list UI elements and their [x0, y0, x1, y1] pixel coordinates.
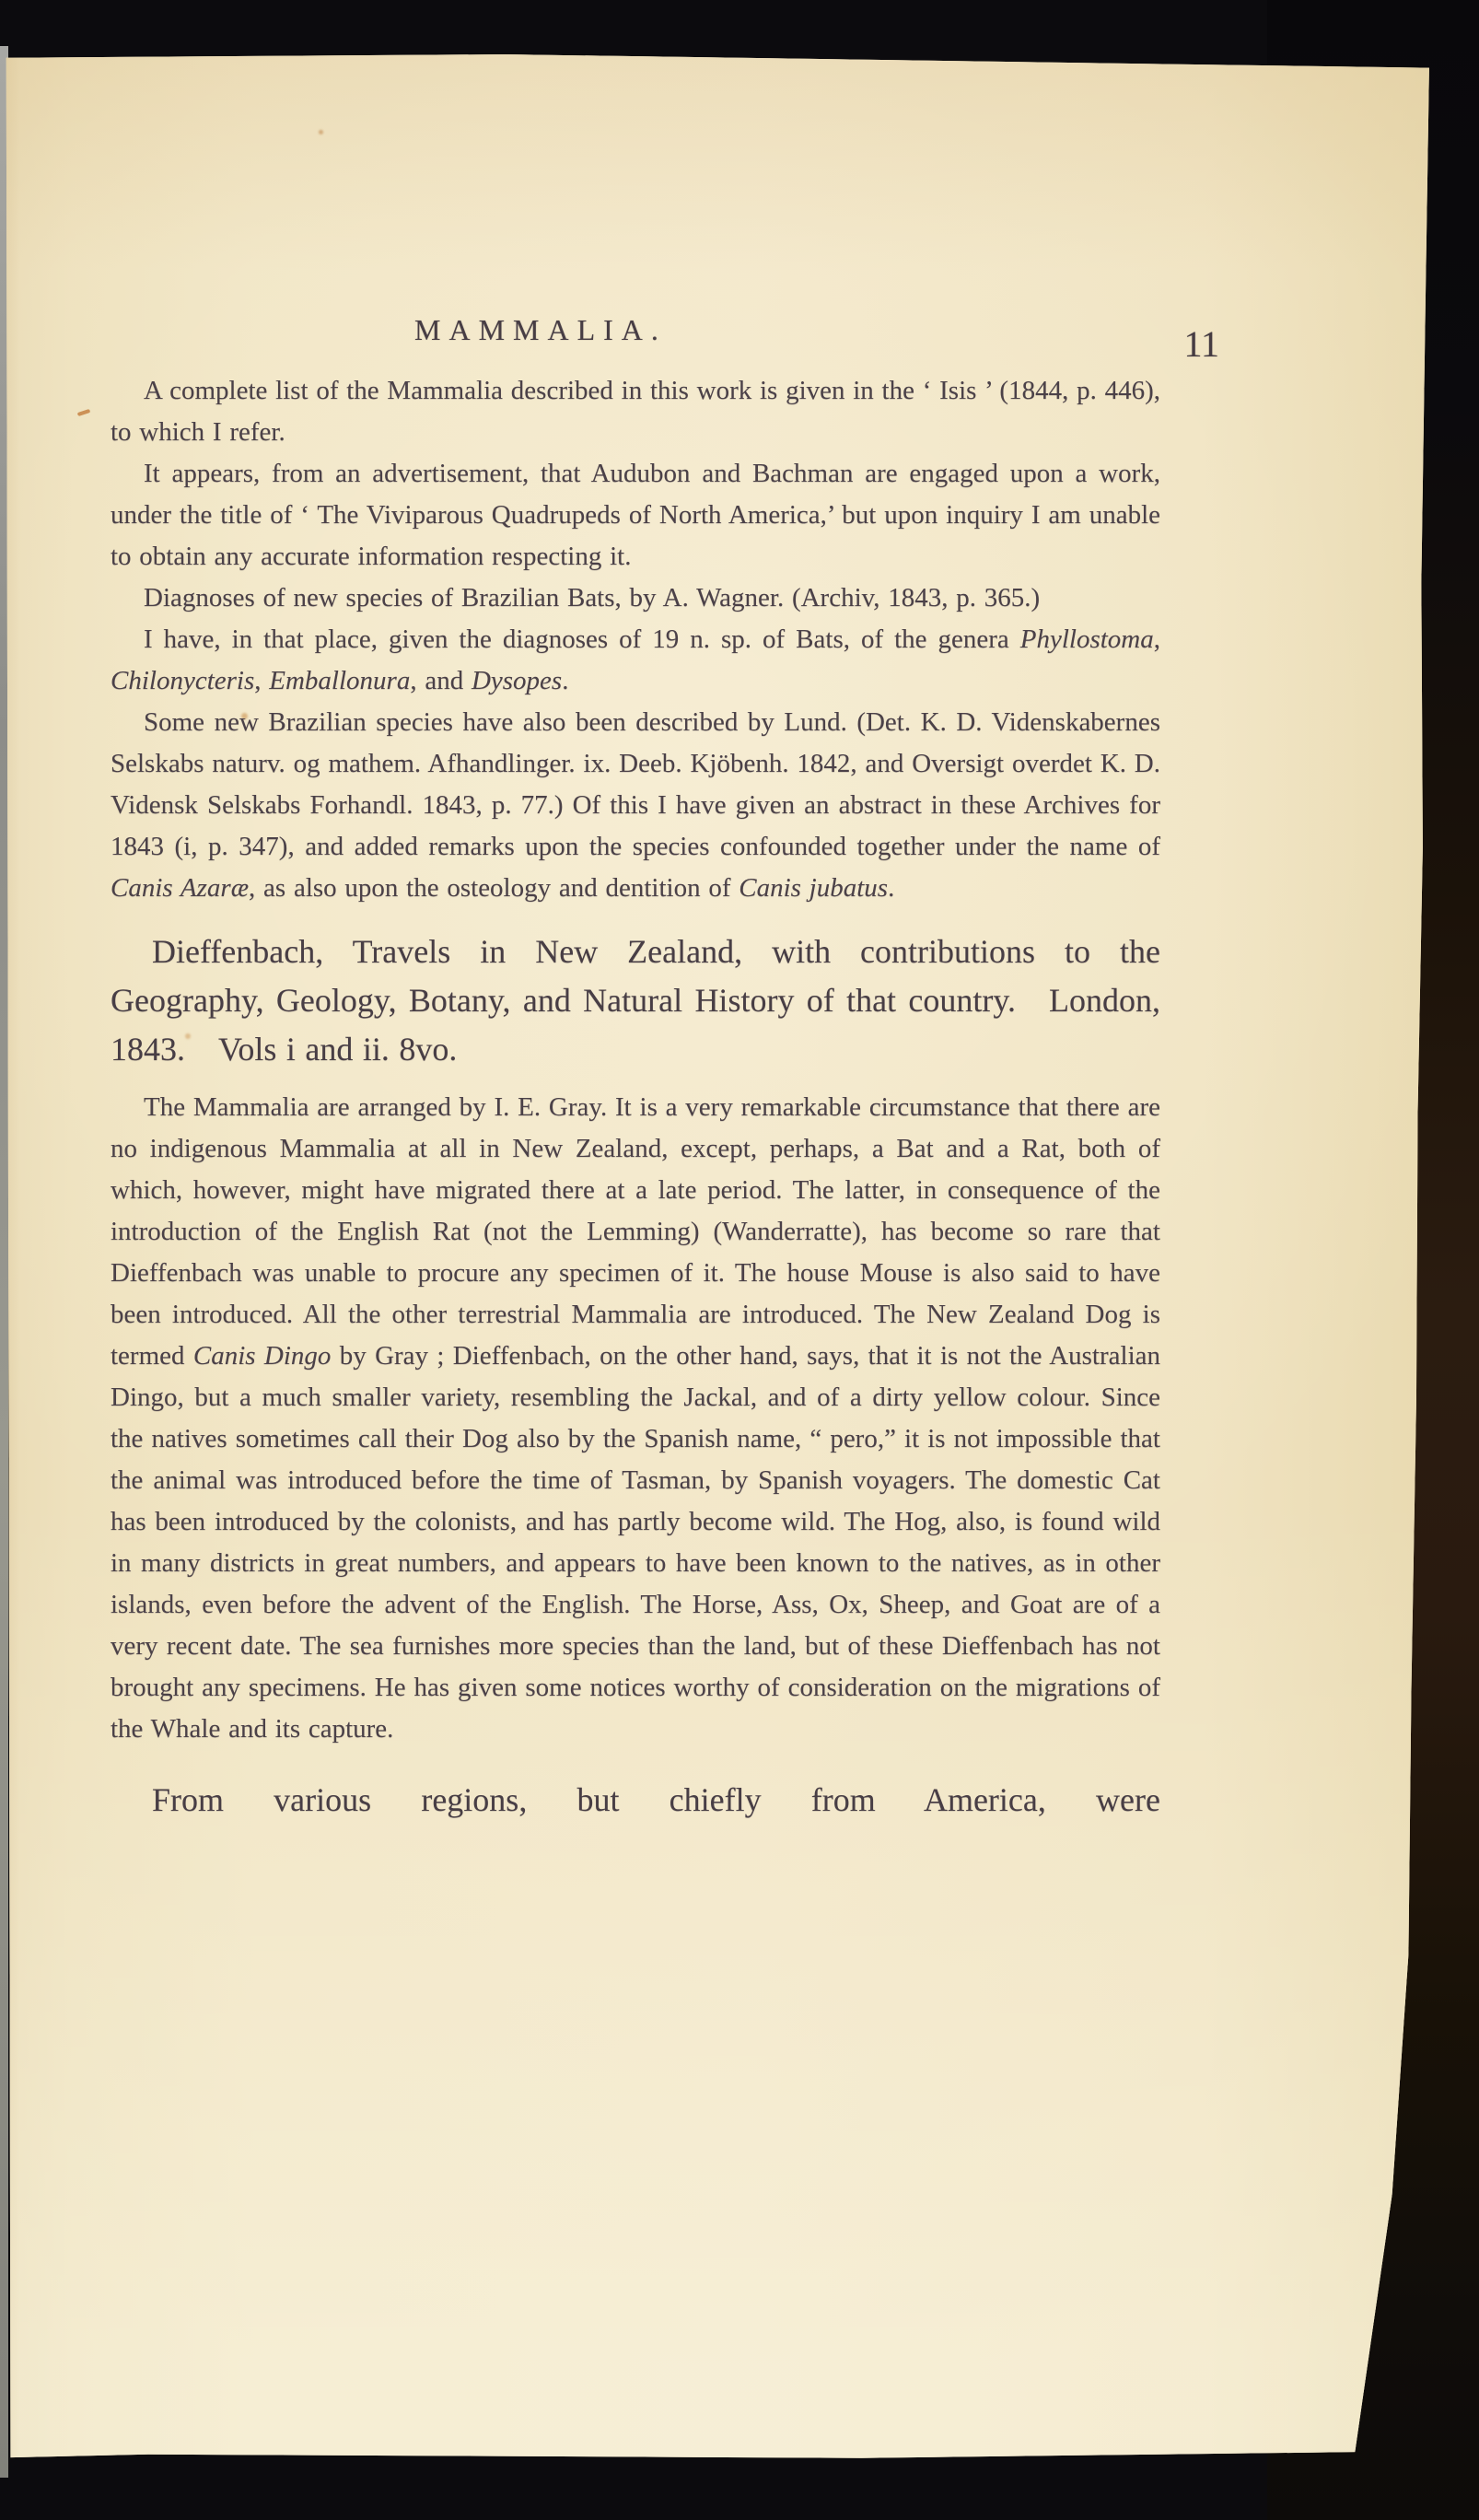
text-run: Dieffenbach, Travels in New Zealand, wit…	[111, 933, 1160, 1067]
text-run: From various regions, but chiefly from A…	[152, 1781, 1160, 1818]
scanned-book-page: { "scan": { "header": { "running_title":…	[0, 0, 1479, 2520]
text-run: Some new Brazilian species have also bee…	[111, 707, 1160, 861]
paragraph: I have, in that place, given the diagnos…	[111, 619, 1160, 702]
italic-species-name: Canis Azaræ	[111, 873, 249, 903]
running-title: MAMMALIA.	[414, 313, 667, 347]
display-paragraph: Dieffenbach, Travels in New Zealand, wit…	[111, 927, 1160, 1074]
text-run: ,	[1154, 624, 1160, 654]
text-run: , and	[410, 666, 472, 695]
page-number: 11	[1085, 322, 1219, 366]
italic-species-name: Canis Dingo	[193, 1341, 332, 1371]
text-run: ,	[254, 666, 269, 695]
italic-species-name: Chilonycteris	[111, 666, 254, 695]
text-block: A complete list of the Mammalia describe…	[111, 370, 1160, 1825]
text-run: , as also upon the osteology and dentiti…	[249, 873, 739, 903]
text-run: A complete list of the Mammalia describe…	[111, 376, 1160, 447]
paragraph: It appears, from an advertisement, that …	[111, 453, 1160, 577]
text-run: It appears, from an advertisement, that …	[111, 459, 1160, 571]
text-run: .	[562, 666, 568, 695]
foxing-spot	[319, 130, 323, 134]
paragraph: Some new Brazilian species have also bee…	[111, 702, 1160, 909]
display-paragraph: From various regions, but chiefly from A…	[111, 1776, 1160, 1825]
paragraph: The Mammalia are arranged by I. E. Gray.…	[111, 1087, 1160, 1750]
italic-species-name: Dysopes	[472, 666, 562, 695]
italic-species-name: Emballonura	[269, 666, 410, 695]
text-run: by Gray ; Dieffenbach, on the other hand…	[111, 1341, 1160, 1744]
text-run: Diagnoses of new species of Brazilian Ba…	[144, 583, 1040, 612]
text-run: .	[888, 873, 894, 903]
italic-species-name: Canis jubatus	[739, 873, 888, 903]
italic-species-name: Phyllostoma	[1020, 624, 1154, 654]
text-run: The Mammalia are arranged by I. E. Gray.…	[111, 1092, 1160, 1371]
text-run: I have, in that place, given the diagnos…	[144, 624, 1020, 654]
book-page: MAMMALIA. 11 A complete list of the Mamm…	[6, 53, 1432, 2459]
foxing-spot	[77, 409, 91, 416]
running-head: MAMMALIA. 11	[111, 300, 1160, 374]
paragraph: Diagnoses of new species of Brazilian Ba…	[111, 577, 1160, 619]
paragraph: A complete list of the Mammalia describe…	[111, 370, 1160, 453]
